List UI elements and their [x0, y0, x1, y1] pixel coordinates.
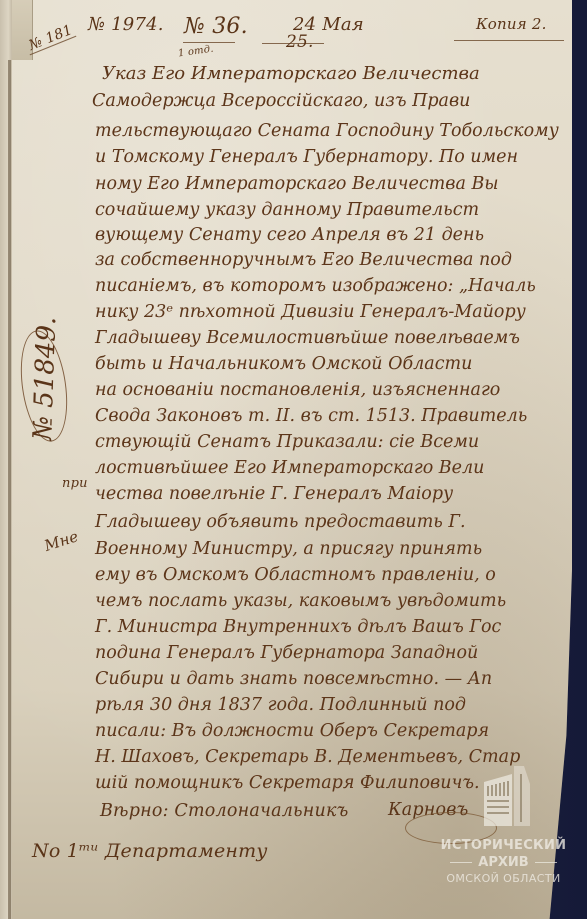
body-line: сочайшему указу данному Правительст: [95, 200, 479, 220]
body-line: подина Генералъ Губернатора Западной: [95, 643, 478, 663]
watermark-line-2: АРХИВ: [420, 855, 587, 870]
decree-number: № 36.: [184, 14, 248, 39]
body-line: Гладышеву Всемилостивѣйше повелѣваемъ: [95, 328, 520, 348]
body-line: шій помощникъ Секретаря Филиповичъ.: [95, 773, 480, 793]
body-line: ствующій Сенатъ Приказали: сіе Всеми: [95, 432, 479, 452]
body-line: за собственноручнымъ Его Величества под: [95, 250, 512, 270]
body-line: на основаніи постановленія, изъясненнаго: [95, 380, 500, 400]
body-line: быть и Начальникомъ Омской Области: [95, 354, 472, 374]
body-line: Г. Министра Внутреннихъ дѣлъ Вашъ Гос: [95, 617, 501, 637]
body-line: вующему Сенату сего Апреля въ 21 день: [95, 225, 484, 245]
body-line: чемъ послать указы, каковымъ увѣдомить: [95, 591, 506, 611]
date-alt: 25.: [286, 32, 314, 52]
copy-label: Копия 2.: [476, 15, 547, 33]
body-line: Самодержца Всероссійскаго, изъ Прави: [92, 91, 470, 111]
body-line: и Томскому Генералъ Губернатору. По имен: [95, 147, 518, 167]
body-line: Военному Министру, а присягу принять: [95, 539, 482, 559]
body-line: Свода Законовъ т. II. въ ст. 1513. Прави…: [95, 406, 527, 426]
decree-underline: [183, 42, 235, 43]
binding-stitch-line: [8, 60, 11, 919]
body-line: ему въ Омскомъ Областномъ правленіи, о: [95, 565, 496, 585]
attestation-text: Вѣрно: Столоначальникъ: [100, 801, 349, 821]
watermark-line-1: ИСТОРИЧЕСКИЙ: [420, 838, 587, 853]
body-line: Указ Его Императорскаго Величества: [102, 63, 480, 84]
margin-case-number: № 51849.: [28, 316, 62, 441]
body-line: тельствующаго Сената Господину Тобольско…: [95, 121, 559, 141]
body-line: чества повелѣніе Г. Генералъ Маіору: [95, 484, 453, 504]
body-line: Сибири и дать знать повсемѣстно. — Ап: [95, 669, 492, 689]
body-line: писали: Въ должности Оберъ Секретаря: [95, 721, 489, 741]
body-line: лостивѣйшее Его Императорскаго Вели: [95, 458, 484, 478]
registry-number: № 1974.: [88, 14, 164, 35]
body-line: рѣля 30 дня 1837 года. Подлинный под: [95, 695, 466, 715]
torn-corner: [12, 0, 33, 60]
body-line: Н. Шаховъ, Секретарь В. Дементьевъ, Стар: [95, 747, 520, 767]
book-binding: [0, 0, 14, 919]
body-line: писаніемъ, въ которомъ изображено: „Нача…: [95, 276, 536, 296]
watermark-line-2-text: АРХИВ: [478, 855, 528, 870]
body-line: нику 23ᵉ пѣхотной Дивизіи Генералъ-Майор…: [95, 302, 526, 322]
archive-building-icon: [482, 764, 532, 830]
addressee-note: No 1ᵐᵘ Департаменту: [32, 840, 268, 862]
body-line: Гладышеву объявить предоставить Г.: [95, 512, 466, 532]
copy-underline: [454, 40, 564, 41]
body-line: ному Его Императорскаго Величества Вы: [95, 174, 499, 194]
watermark-line-3: ОМСКОЙ ОБЛАСТИ: [420, 872, 587, 885]
margin-note-pri: при: [62, 476, 88, 491]
